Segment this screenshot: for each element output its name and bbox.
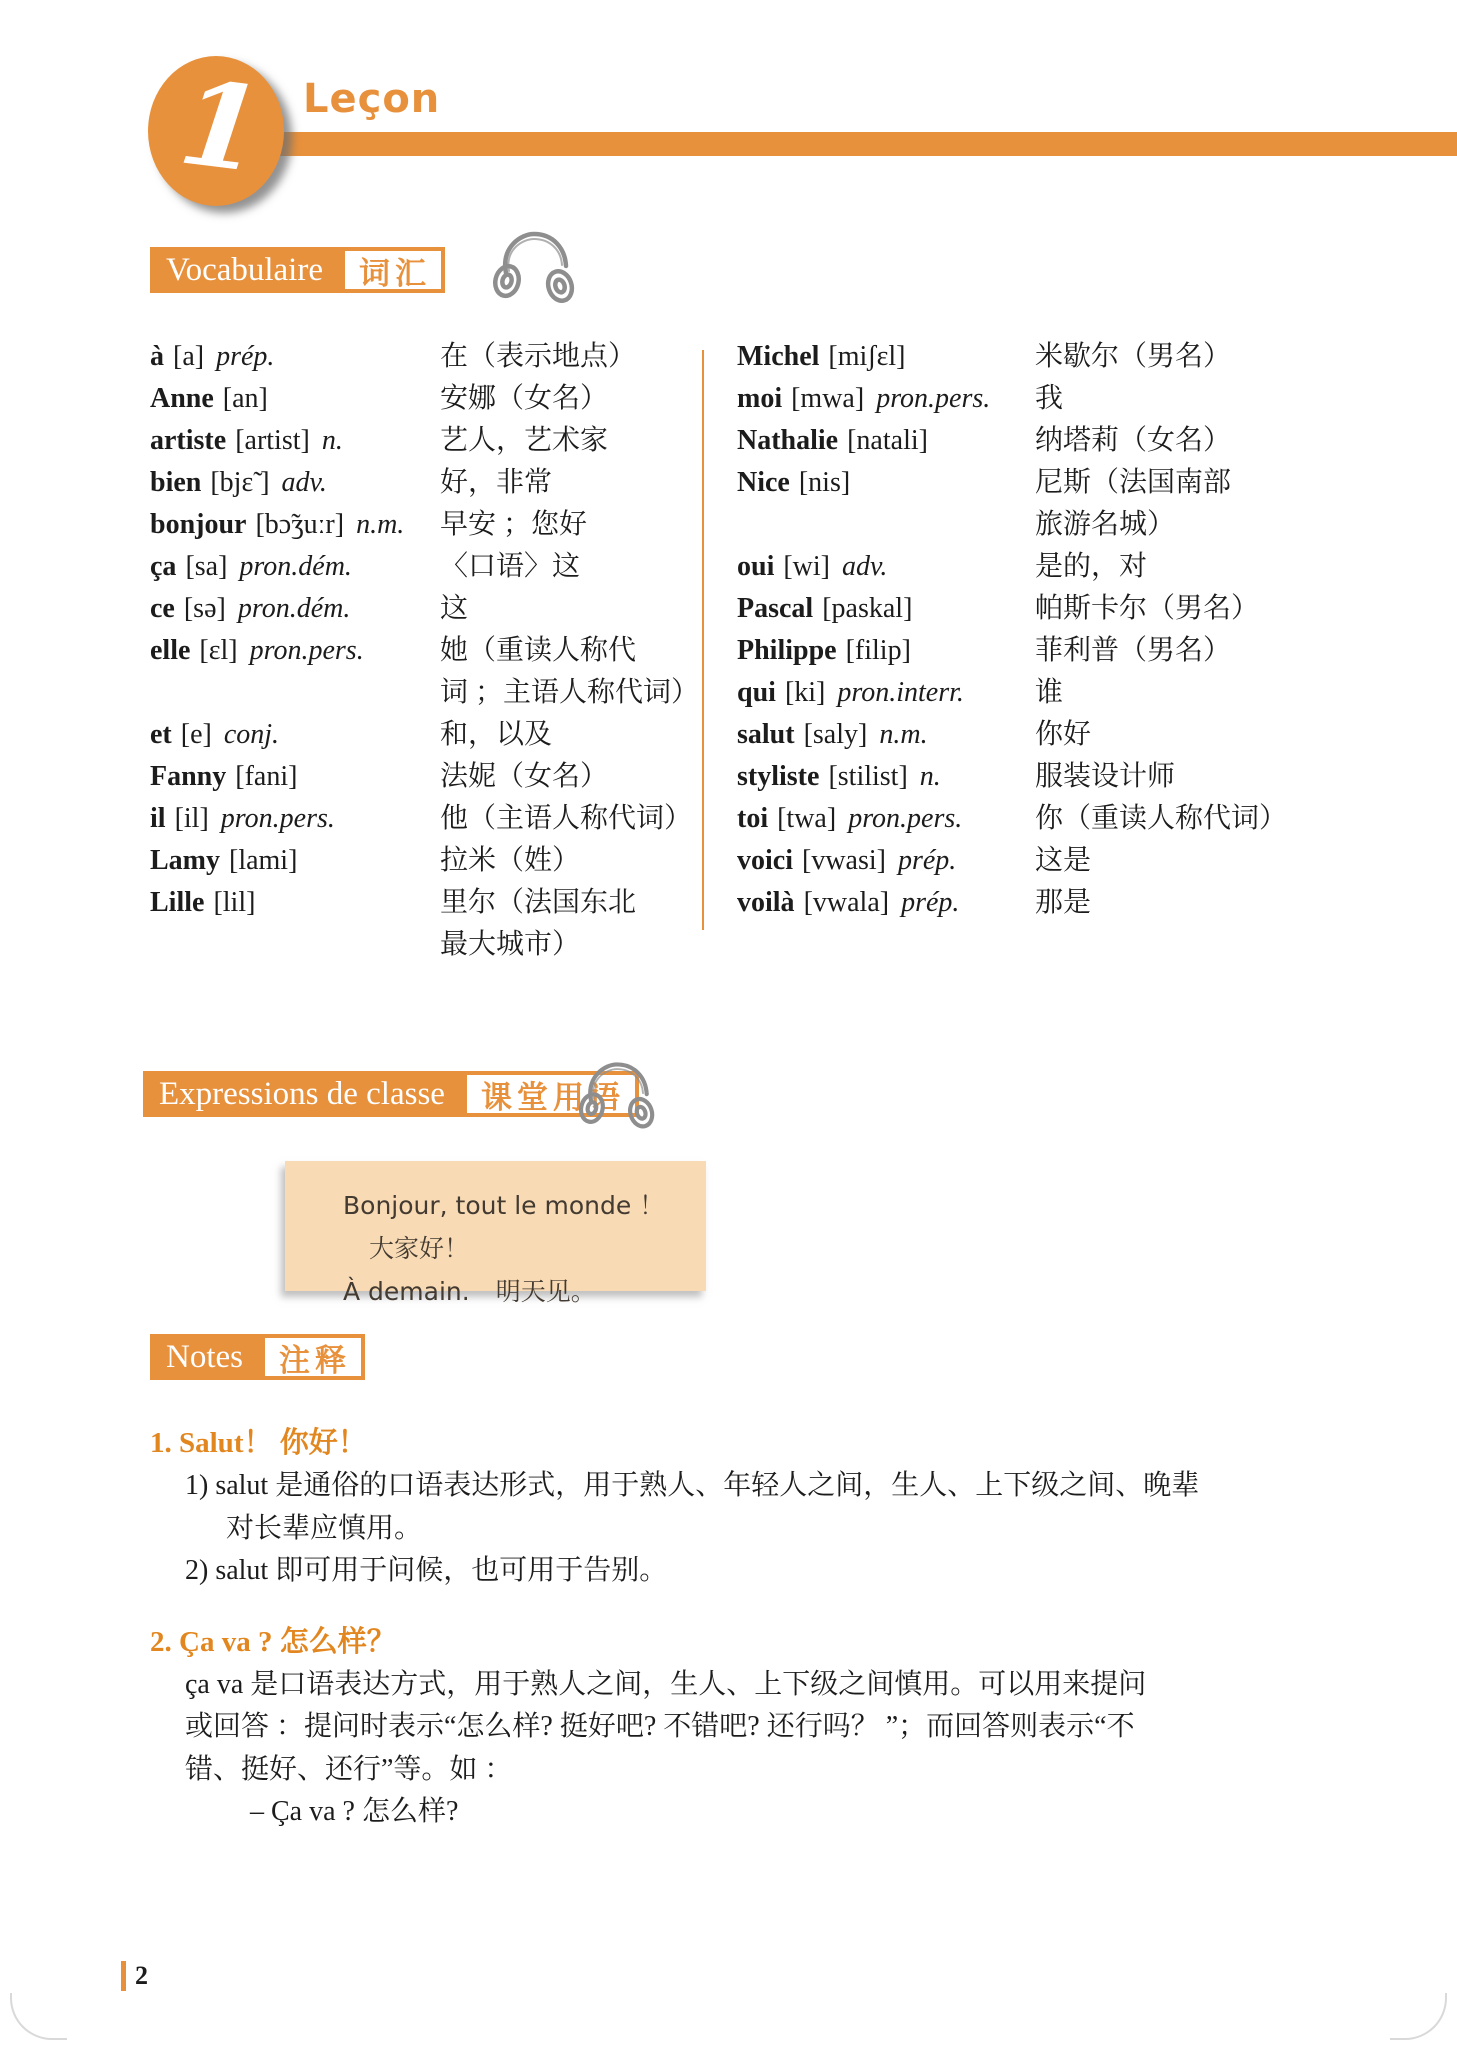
vocab-translation-line: 米歇尔（男名）	[1035, 336, 1317, 378]
vocab-term: ça[sa]pron.dém.	[150, 546, 440, 588]
vocab-translation-line: 拉米（姓）	[440, 840, 695, 882]
vocab-translation-line: 尼斯（法国南部	[1035, 462, 1317, 504]
vocab-entry: il[il]pron.pers.他（主语人称代词）	[150, 798, 695, 840]
vocab-word: salut	[737, 719, 795, 750]
vocab-translation-line: 旅游名城）	[1035, 504, 1317, 546]
vocab-translation: 那是	[1035, 882, 1317, 924]
vocab-ipa: [lami]	[229, 845, 297, 876]
vocab-entry: salut[saly]n.m.你好	[737, 714, 1317, 756]
vocab-translation: 谁	[1035, 672, 1317, 714]
vocab-ipa: [stilist]	[828, 761, 907, 792]
vocab-translation-line: 最大城市）	[440, 924, 695, 966]
vocab-word: Pascal	[737, 593, 813, 624]
vocab-term: Pascal[paskal]	[737, 588, 1035, 630]
notes-title-chinese: 注释	[261, 1334, 365, 1380]
vocab-ipa: [a]	[173, 341, 204, 372]
vocab-word: voici	[737, 845, 793, 876]
vocabulary-title-chinese: 词汇	[341, 247, 445, 293]
expressions-box: Bonjour, tout le monde ！大家好！À demain.明天见…	[285, 1161, 706, 1291]
vocabulary-column-right: Michel[miʃɛl]米歇尔（男名）moi[mwa]pron.pers.我N…	[737, 336, 1317, 924]
vocab-translation: 我	[1035, 378, 1317, 420]
vocab-entry: bonjour[bɔ̃ʒuːr]n.m.早安 ；您好	[150, 504, 695, 546]
vocab-word: elle	[150, 635, 190, 666]
note-item: 1. Salut！ 你好！1) salut 是通俗的口语表达形式，用于熟人、年轻…	[150, 1423, 1325, 1593]
vocab-translation-line: 我	[1035, 378, 1317, 420]
vocab-word: Nathalie	[737, 425, 838, 456]
header-rule	[272, 132, 1457, 156]
vocab-ipa: [fani]	[235, 761, 297, 792]
vocab-translation-line: 里尔（法国东北	[440, 882, 695, 924]
vocab-ipa: [vwasi]	[802, 845, 886, 876]
vocab-word: bien	[150, 467, 201, 498]
vocab-ipa: [ki]	[785, 677, 825, 708]
vocab-entry: ça[sa]pron.dém.〈口语〉这	[150, 546, 695, 588]
expression-chinese: 明天见。	[496, 1277, 596, 1306]
expression-chinese: 大家好！	[369, 1234, 469, 1263]
vocab-word: voilà	[737, 887, 795, 918]
vocab-term: Philippe[filip]	[737, 630, 1035, 672]
vocab-entry: ce[sə]pron.dém.这	[150, 588, 695, 630]
vocab-entry: Lamy[lami]拉米（姓）	[150, 840, 695, 882]
vocab-translation-line: 那是	[1035, 882, 1317, 924]
vocabulary-column-left: à[a]prép.在（表示地点）Anne[an]安娜（女名）artiste[ar…	[150, 336, 695, 966]
vocab-term: Michel[miʃɛl]	[737, 336, 1035, 378]
vocab-term: Nice[nis]	[737, 462, 1035, 546]
vocab-word: bonjour	[150, 509, 246, 540]
vocab-entry: bien[bjɛ̃ ]adv.好，非常	[150, 462, 695, 504]
vocab-pos: n.	[322, 425, 343, 456]
vocab-term: ce[sə]pron.dém.	[150, 588, 440, 630]
vocab-translation: 好，非常	[440, 462, 695, 504]
note-line: 或回答 ：提问时表示“怎么样? 挺好吧? 不错吧? 还行吗？ ”；而回答则表示“…	[185, 1706, 1325, 1749]
vocab-translation-line: 是的，对	[1035, 546, 1317, 588]
vocab-ipa: [wi]	[783, 551, 830, 582]
vocab-word: et	[150, 719, 172, 750]
vocab-ipa: [natali]	[847, 425, 928, 456]
vocab-translation: 米歇尔（男名）	[1035, 336, 1317, 378]
page-corner-decoration	[1390, 1993, 1447, 2040]
vocab-translation: 拉米（姓）	[440, 840, 695, 882]
note-line: 对长辈应慎用。	[226, 1508, 1325, 1551]
vocab-translation: 你好	[1035, 714, 1317, 756]
vocab-ipa: [nis]	[799, 467, 850, 498]
vocab-entry: artiste[artist]n.艺人，艺术家	[150, 420, 695, 462]
vocab-translation-line: 这	[440, 588, 695, 630]
vocab-term: Lamy[lami]	[150, 840, 440, 882]
vocab-word: artiste	[150, 425, 226, 456]
vocab-word: Lamy	[150, 845, 220, 876]
vocab-translation: 他（主语人称代词）	[440, 798, 695, 840]
expression-french: À demain.	[343, 1277, 470, 1306]
vocab-word: à	[150, 341, 164, 372]
vocab-pos: adv.	[282, 467, 327, 498]
headphones-icon	[578, 1054, 656, 1143]
notes-section-header: Notes 注释	[150, 1334, 365, 1380]
vocab-ipa: [artist]	[235, 425, 310, 456]
vocab-translation: 这	[440, 588, 695, 630]
vocab-translation: 帕斯卡尔（男名）	[1035, 588, 1317, 630]
vocab-pos: pron.pers.	[876, 383, 990, 414]
vocab-term: bien[bjɛ̃ ]adv.	[150, 462, 440, 504]
vocab-translation-line: 艺人，艺术家	[440, 420, 695, 462]
vocab-entry: et[e]conj.和，以及	[150, 714, 695, 756]
vocab-pos: conj.	[224, 719, 279, 750]
vocab-term: qui[ki]pron.interr.	[737, 672, 1035, 714]
expression-line: À demain.明天见。	[343, 1270, 706, 1313]
vocab-word: qui	[737, 677, 776, 708]
lesson-title: Leçon	[303, 76, 440, 122]
vocab-translation-line: 和，以及	[440, 714, 695, 756]
vocab-ipa: [e]	[181, 719, 212, 750]
vocab-translation: 这是	[1035, 840, 1317, 882]
vocab-word: il	[150, 803, 166, 834]
vocab-entry: qui[ki]pron.interr.谁	[737, 672, 1317, 714]
vocab-translation: 〈口语〉这	[440, 546, 695, 588]
vocab-pos: pron.dém.	[239, 551, 352, 582]
vocab-entry: moi[mwa]pron.pers.我	[737, 378, 1317, 420]
vocab-term: voilà[vwala]prép.	[737, 882, 1035, 924]
note-line: 2) salut 即可用于问候，也可用于告别。	[185, 1550, 1325, 1593]
vocab-term: Fanny[fani]	[150, 756, 440, 798]
vocab-word: ça	[150, 551, 176, 582]
vocab-entry: Nice[nis]尼斯（法国南部旅游名城）	[737, 462, 1317, 546]
vocab-entry: Michel[miʃɛl]米歇尔（男名）	[737, 336, 1317, 378]
vocabulary-section-header: Vocabulaire 词汇	[150, 247, 445, 293]
vocab-translation: 纳塔莉（女名）	[1035, 420, 1317, 462]
note-line: ça va 是口语表达方式，用于熟人之间，生人、上下级之间慎用。可以用来提问	[185, 1664, 1325, 1707]
vocab-word: Fanny	[150, 761, 226, 792]
vocab-term: moi[mwa]pron.pers.	[737, 378, 1035, 420]
vocab-entry: toi[twa]pron.pers.你（重读人称代词）	[737, 798, 1317, 840]
vocabulary-column-divider	[702, 350, 704, 930]
vocab-translation-line: 你好	[1035, 714, 1317, 756]
vocab-translation-line: 早安 ；您好	[440, 504, 695, 546]
vocab-entry: Philippe[filip]菲利普（男名）	[737, 630, 1317, 672]
expression-french: Bonjour, tout le monde ！	[343, 1191, 664, 1220]
vocab-translation: 菲利普（男名）	[1035, 630, 1317, 672]
note-line: – Ça va ? 怎么样?	[250, 1791, 1325, 1834]
vocab-term: à[a]prép.	[150, 336, 440, 378]
vocab-ipa: [an]	[223, 383, 268, 414]
lesson-number: 1	[173, 54, 270, 199]
vocab-entry: Nathalie[natali]纳塔莉（女名）	[737, 420, 1317, 462]
vocab-term: toi[twa]pron.pers.	[737, 798, 1035, 840]
vocab-word: moi	[737, 383, 782, 414]
vocab-ipa: [twa]	[777, 803, 836, 834]
vocab-translation-line: 帕斯卡尔（男名）	[1035, 588, 1317, 630]
note-item: 2. Ça va ? 怎么样？ça va 是口语表达方式，用于熟人之间，生人、上…	[150, 1622, 1325, 1834]
vocab-pos: prép.	[216, 341, 274, 372]
vocab-word: ce	[150, 593, 175, 624]
vocabulary-title-french: Vocabulaire	[150, 247, 341, 293]
vocab-ipa: [mwa]	[791, 383, 864, 414]
vocab-pos: prép.	[898, 845, 956, 876]
vocab-translation: 是的，对	[1035, 546, 1317, 588]
vocab-term: bonjour[bɔ̃ʒuːr]n.m.	[150, 504, 440, 546]
vocab-translation: 里尔（法国东北最大城市）	[440, 882, 695, 966]
vocab-ipa: [bɔ̃ʒuːr]	[255, 509, 344, 540]
vocab-translation-line: 你（重读人称代词）	[1035, 798, 1317, 840]
vocab-entry: elle[ɛl]pron.pers.她（重读人称代词 ；主语人称代词）	[150, 630, 695, 714]
page-number-value: 2	[135, 1961, 148, 1991]
vocab-word: Anne	[150, 383, 214, 414]
vocab-word: Philippe	[737, 635, 837, 666]
vocab-translation-line: 她（重读人称代	[440, 630, 695, 672]
page-corner-decoration	[10, 1993, 67, 2040]
vocab-term: oui[wi]adv.	[737, 546, 1035, 588]
vocab-word: Michel	[737, 341, 819, 372]
vocab-ipa: [saly]	[804, 719, 868, 750]
vocab-translation: 和，以及	[440, 714, 695, 756]
vocab-translation-line: 在（表示地点）	[440, 336, 695, 378]
vocab-translation-line: 安娜（女名）	[440, 378, 695, 420]
vocab-ipa: [bjɛ̃ ]	[210, 467, 269, 498]
lesson-number-badge: 1	[148, 56, 284, 206]
vocab-translation: 她（重读人称代词 ；主语人称代词）	[440, 630, 695, 714]
vocab-pos: pron.pers.	[250, 635, 364, 666]
vocab-pos: pron.pers.	[848, 803, 962, 834]
vocab-translation-line: 法妮（女名）	[440, 756, 695, 798]
vocab-translation: 尼斯（法国南部旅游名城）	[1035, 462, 1317, 546]
vocab-translation-line: 〈口语〉这	[440, 546, 695, 588]
expressions-title-french: Expressions de classe	[143, 1071, 463, 1117]
vocab-entry: styliste[stilist]n.服装设计师	[737, 756, 1317, 798]
note-heading: 2. Ça va ? 怎么样？	[150, 1622, 1325, 1662]
vocab-pos: pron.interr.	[837, 677, 964, 708]
vocab-term: voici[vwasi]prép.	[737, 840, 1035, 882]
vocab-ipa: [lil]	[213, 887, 255, 918]
expression-line: Bonjour, tout le monde ！大家好！	[343, 1184, 706, 1270]
vocab-ipa: [il]	[175, 803, 209, 834]
vocab-term: Anne[an]	[150, 378, 440, 420]
vocab-ipa: [miʃɛl]	[828, 341, 905, 372]
headphones-icon	[492, 229, 576, 312]
vocab-term: et[e]conj.	[150, 714, 440, 756]
notes-title-french: Notes	[150, 1334, 261, 1380]
vocab-term: elle[ɛl]pron.pers.	[150, 630, 440, 714]
vocab-translation: 艺人，艺术家	[440, 420, 695, 462]
textbook-page: 1 Leçon Vocabulaire 词汇 à[a]prép.在（表示地点）A…	[0, 0, 1457, 2048]
vocab-entry: Pascal[paskal]帕斯卡尔（男名）	[737, 588, 1317, 630]
vocab-translation-line: 他（主语人称代词）	[440, 798, 695, 840]
vocab-translation-line: 服装设计师	[1035, 756, 1317, 798]
vocab-pos: pron.dém.	[238, 593, 351, 624]
vocab-term: Lille[lil]	[150, 882, 440, 966]
vocab-translation: 法妮（女名）	[440, 756, 695, 798]
vocab-entry: voici[vwasi]prép.这是	[737, 840, 1317, 882]
vocab-term: Nathalie[natali]	[737, 420, 1035, 462]
vocab-word: Lille	[150, 887, 204, 918]
vocab-entry: Anne[an]安娜（女名）	[150, 378, 695, 420]
vocab-ipa: [sa]	[185, 551, 227, 582]
vocab-ipa: [ɛl]	[199, 635, 237, 666]
vocab-word: styliste	[737, 761, 819, 792]
vocab-ipa: [vwala]	[804, 887, 890, 918]
vocab-ipa: [paskal]	[822, 593, 912, 624]
vocab-translation-line: 纳塔莉（女名）	[1035, 420, 1317, 462]
vocab-translation-line: 菲利普（男名）	[1035, 630, 1317, 672]
page-number: 2	[121, 1961, 148, 1991]
vocab-translation: 服装设计师	[1035, 756, 1317, 798]
expressions-section-header: Expressions de classe 课堂用语	[143, 1071, 639, 1117]
vocab-translation: 早安 ；您好	[440, 504, 695, 546]
page-number-accent-bar	[121, 1961, 126, 1991]
vocab-term: il[il]pron.pers.	[150, 798, 440, 840]
vocab-pos: adv.	[842, 551, 887, 582]
vocab-word: oui	[737, 551, 774, 582]
note-heading: 1. Salut！ 你好！	[150, 1423, 1325, 1463]
vocab-word: Nice	[737, 467, 790, 498]
vocab-entry: voilà[vwala]prép.那是	[737, 882, 1317, 924]
vocab-entry: oui[wi]adv.是的，对	[737, 546, 1317, 588]
vocab-translation-line: 好，非常	[440, 462, 695, 504]
vocab-word: toi	[737, 803, 768, 834]
vocab-entry: à[a]prép.在（表示地点）	[150, 336, 695, 378]
note-line: 1) salut 是通俗的口语表达形式，用于熟人、年轻人之间，生人、上下级之间、…	[185, 1465, 1325, 1508]
notes-body: 1. Salut！ 你好！1) salut 是通俗的口语表达形式，用于熟人、年轻…	[150, 1423, 1325, 1863]
vocab-term: salut[saly]n.m.	[737, 714, 1035, 756]
vocab-pos: n.m.	[879, 719, 927, 750]
vocab-translation: 你（重读人称代词）	[1035, 798, 1317, 840]
vocab-ipa: [sə]	[184, 593, 226, 624]
vocab-translation-line: 这是	[1035, 840, 1317, 882]
vocab-term: styliste[stilist]n.	[737, 756, 1035, 798]
vocab-pos: pron.pers.	[221, 803, 335, 834]
vocab-translation-line: 词 ；主语人称代词）	[440, 672, 695, 714]
vocab-translation: 在（表示地点）	[440, 336, 695, 378]
vocab-translation-line: 谁	[1035, 672, 1317, 714]
vocab-ipa: [filip]	[846, 635, 911, 666]
vocab-entry: Fanny[fani]法妮（女名）	[150, 756, 695, 798]
vocab-pos: prép.	[901, 887, 959, 918]
note-line: 错、挺好、还行”等。如 ：	[185, 1749, 1325, 1792]
vocab-translation: 安娜（女名）	[440, 378, 695, 420]
vocab-term: artiste[artist]n.	[150, 420, 440, 462]
vocab-pos: n.m.	[356, 509, 404, 540]
vocab-entry: Lille[lil]里尔（法国东北最大城市）	[150, 882, 695, 966]
vocab-pos: n.	[920, 761, 941, 792]
